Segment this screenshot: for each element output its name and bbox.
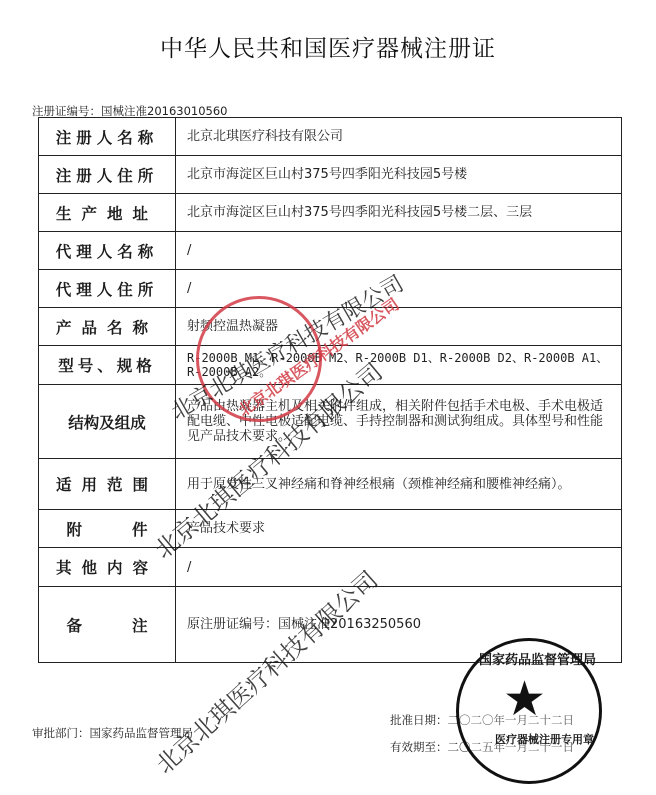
table-row: 代理人住所 / <box>39 270 622 308</box>
row-label: 注册人名称 <box>39 118 176 156</box>
registration-table: 注册人名称 北京北琪医疗科技有限公司 注册人住所 北京市海淀区巨山村375号四季… <box>38 117 622 663</box>
valid-until-value: 二〇二五年一月二十一日 <box>448 740 575 754</box>
row-label: 附件 <box>39 510 176 548</box>
row-label: 注册人住所 <box>39 156 176 194</box>
row-value: 北京北琪医疗科技有限公司 <box>176 118 622 156</box>
row-value: 产品技术要求 <box>176 510 622 548</box>
row-value: R-2000B M1、R-2000B M2、R-2000B D1、R-2000B… <box>176 346 622 385</box>
row-value: 射频控温热凝器 <box>176 308 622 346</box>
table-row: 型号、规格 R-2000B M1、R-2000B M2、R-2000B D1、R… <box>39 346 622 385</box>
certificate-number-label: 注册证编号： <box>32 104 101 118</box>
table-row: 其他内容 / <box>39 548 622 587</box>
row-label: 生产地址 <box>39 194 176 232</box>
row-value: 原注册证编号：国械注准20163250560 <box>176 587 622 663</box>
table-row: 注册人住所 北京市海淀区巨山村375号四季阳光科技园5号楼 <box>39 156 622 194</box>
approval-date: 批准日期：二〇二〇年一月二十二日 <box>390 712 574 728</box>
row-label: 产品名称 <box>39 308 176 346</box>
approval-department: 审批部门：国家药品监督管理局 <box>32 725 193 741</box>
valid-until: 有效期至：二〇二五年一月二十一日 <box>390 739 574 755</box>
valid-until-label: 有效期至： <box>390 740 448 754</box>
row-label: 代理人住所 <box>39 270 176 308</box>
row-label: 结构及组成 <box>39 385 176 459</box>
row-label: 代理人名称 <box>39 232 176 270</box>
row-value: 用于原发性三叉神经痛和脊神经根痛（颈椎神经痛和腰椎神经痛）。 <box>176 459 622 510</box>
approval-department-value: 国家药品监督管理局 <box>90 726 194 740</box>
approval-date-value: 二〇二〇年一月二十二日 <box>448 713 575 727</box>
approval-department-label: 审批部门： <box>32 726 90 740</box>
table-row: 备注 原注册证编号：国械注准20163250560 <box>39 587 622 663</box>
table-row: 注册人名称 北京北琪医疗科技有限公司 <box>39 118 622 156</box>
row-value: 北京市海淀区巨山村375号四季阳光科技园5号楼 <box>176 156 622 194</box>
row-value: / <box>176 232 622 270</box>
row-label: 备注 <box>39 587 176 663</box>
row-value: 产品由热凝器主机及相关附件组成，相关附件包括手术电极、手术电极适配电缆、中性电极… <box>176 385 622 459</box>
approval-date-label: 批准日期： <box>390 713 448 727</box>
row-value: / <box>176 270 622 308</box>
certificate-number-value: 国械注准20163010560 <box>101 104 227 118</box>
row-label: 其他内容 <box>39 548 176 587</box>
table-row: 附件 产品技术要求 <box>39 510 622 548</box>
row-value: 北京市海淀区巨山村375号四季阳光科技园5号楼二层、三层 <box>176 194 622 232</box>
row-value: / <box>176 548 622 587</box>
table-row: 结构及组成 产品由热凝器主机及相关附件组成，相关附件包括手术电极、手术电极适配电… <box>39 385 622 459</box>
row-label: 型号、规格 <box>39 346 176 385</box>
table-row: 生产地址 北京市海淀区巨山村375号四季阳光科技园5号楼二层、三层 <box>39 194 622 232</box>
row-label: 适用范围 <box>39 459 176 510</box>
table-row: 适用范围 用于原发性三叉神经痛和脊神经根痛（颈椎神经痛和腰椎神经痛）。 <box>39 459 622 510</box>
document-title: 中华人民共和国医疗器械注册证 <box>0 30 656 63</box>
table-row: 产品名称 射频控温热凝器 <box>39 308 622 346</box>
table-row: 代理人名称 / <box>39 232 622 270</box>
